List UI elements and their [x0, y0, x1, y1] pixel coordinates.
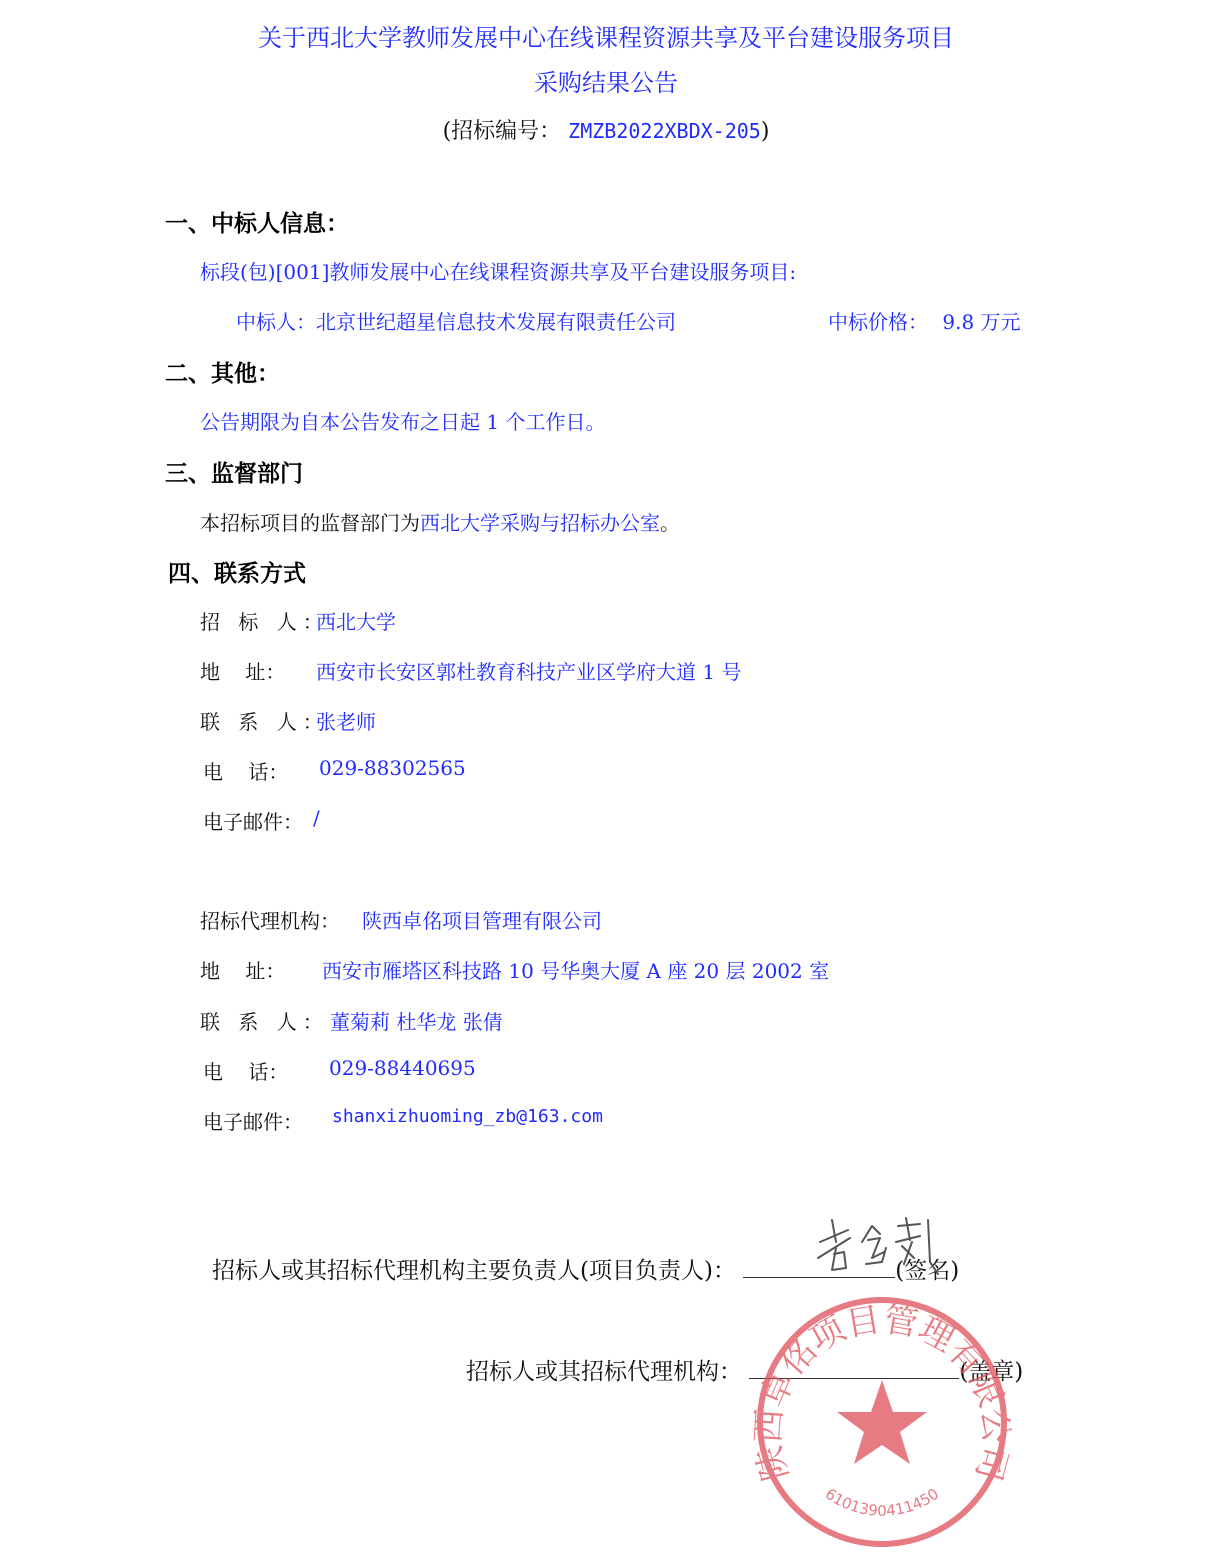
- agency-name-label: 招标代理机构：: [200, 905, 340, 934]
- tenderer-email: /: [313, 806, 320, 830]
- supervision-suffix: 。: [660, 511, 680, 535]
- agency-email: shanxizhuoming_zb@163.com: [332, 1106, 603, 1127]
- section-2-heading: 二、其他：: [165, 355, 280, 388]
- bid-number-line: (招标编号： ZMZB2022XBDX-205): [0, 114, 1212, 145]
- handwritten-signature-icon: [810, 1212, 950, 1282]
- tenderer-address-label: 地 址：: [200, 656, 285, 685]
- winner-label: 中标人：: [236, 310, 316, 334]
- section-3-heading: 三、监督部门: [165, 455, 303, 488]
- section-4-heading: 四、联系方式: [168, 555, 306, 588]
- responsible-label: 招标人或其招标代理机构主要负责人(项目负责人)：: [212, 1258, 736, 1284]
- tenderer-phone-label: 电 话：: [203, 756, 288, 785]
- announcement-period: 公告期限为自本公告发布之日起 1 个工作日。: [200, 406, 605, 435]
- tenderer-name-label: 招 标 人：: [200, 606, 329, 635]
- price-value: 9.8 万元: [942, 310, 1020, 334]
- agency-contact: 董菊莉 杜华龙 张倩: [330, 1006, 503, 1035]
- supervision-prefix: 本招标项目的监督部门为: [200, 511, 420, 535]
- tenderer-contact-label: 联 系 人：: [200, 706, 329, 735]
- price-label: 中标价格：: [828, 310, 928, 334]
- supervision-line: 本招标项目的监督部门为西北大学采购与招标办公室。: [200, 507, 680, 536]
- agency-name: 陕西卓佲项目管理有限公司: [362, 905, 602, 934]
- tenderer-email-label: 电子邮件：: [203, 806, 303, 835]
- lot-description: 标段(包)[001]教师发展中心在线课程资源共享及平台建设服务项目:: [200, 256, 796, 285]
- title-line-1: 关于西北大学教师发展中心在线课程资源共享及平台建设服务项目: [0, 18, 1212, 53]
- tenderer-address: 西安市长安区郭杜教育科技产业区学府大道 1 号: [316, 656, 741, 685]
- title-line-2: 采购结果公告: [0, 63, 1212, 98]
- bid-number: ZMZB2022XBDX-205: [568, 119, 761, 143]
- bid-number-prefix: (招标编号：: [443, 119, 562, 144]
- agency-contact-label: 联 系 人：: [200, 1006, 329, 1035]
- agency-address: 西安市雁塔区科技路 10 号华奥大厦 A 座 20 层 2002 室: [322, 955, 829, 984]
- agency-phone-label: 电 话：: [203, 1056, 288, 1085]
- svg-text:6101390411450: 6101390411450: [822, 1485, 942, 1520]
- company-seal-stamp-icon: 陕西卓佲项目管理有限公司 6101390411450: [752, 1290, 1012, 1555]
- agency-email-label: 电子邮件：: [203, 1106, 303, 1135]
- agency-phone: 029-88440695: [329, 1056, 476, 1080]
- tenderer-phone: 029-88302565: [319, 756, 466, 780]
- supervision-dept: 西北大学采购与招标办公室: [420, 511, 660, 535]
- price-line: 中标价格： 9.8 万元: [828, 306, 1021, 335]
- bid-number-suffix: ): [761, 119, 770, 144]
- organization-label: 招标人或其招标代理机构：: [466, 1359, 742, 1385]
- tenderer-contact: 张老师: [316, 706, 376, 735]
- winner-name: 北京世纪超星信息技术发展有限责任公司: [316, 310, 676, 334]
- tenderer-name: 西北大学: [316, 606, 396, 635]
- section-1-heading: 一、中标人信息：: [165, 205, 349, 238]
- winner-line: 中标人：北京世纪超星信息技术发展有限责任公司: [236, 306, 676, 335]
- agency-address-label: 地 址：: [200, 955, 285, 984]
